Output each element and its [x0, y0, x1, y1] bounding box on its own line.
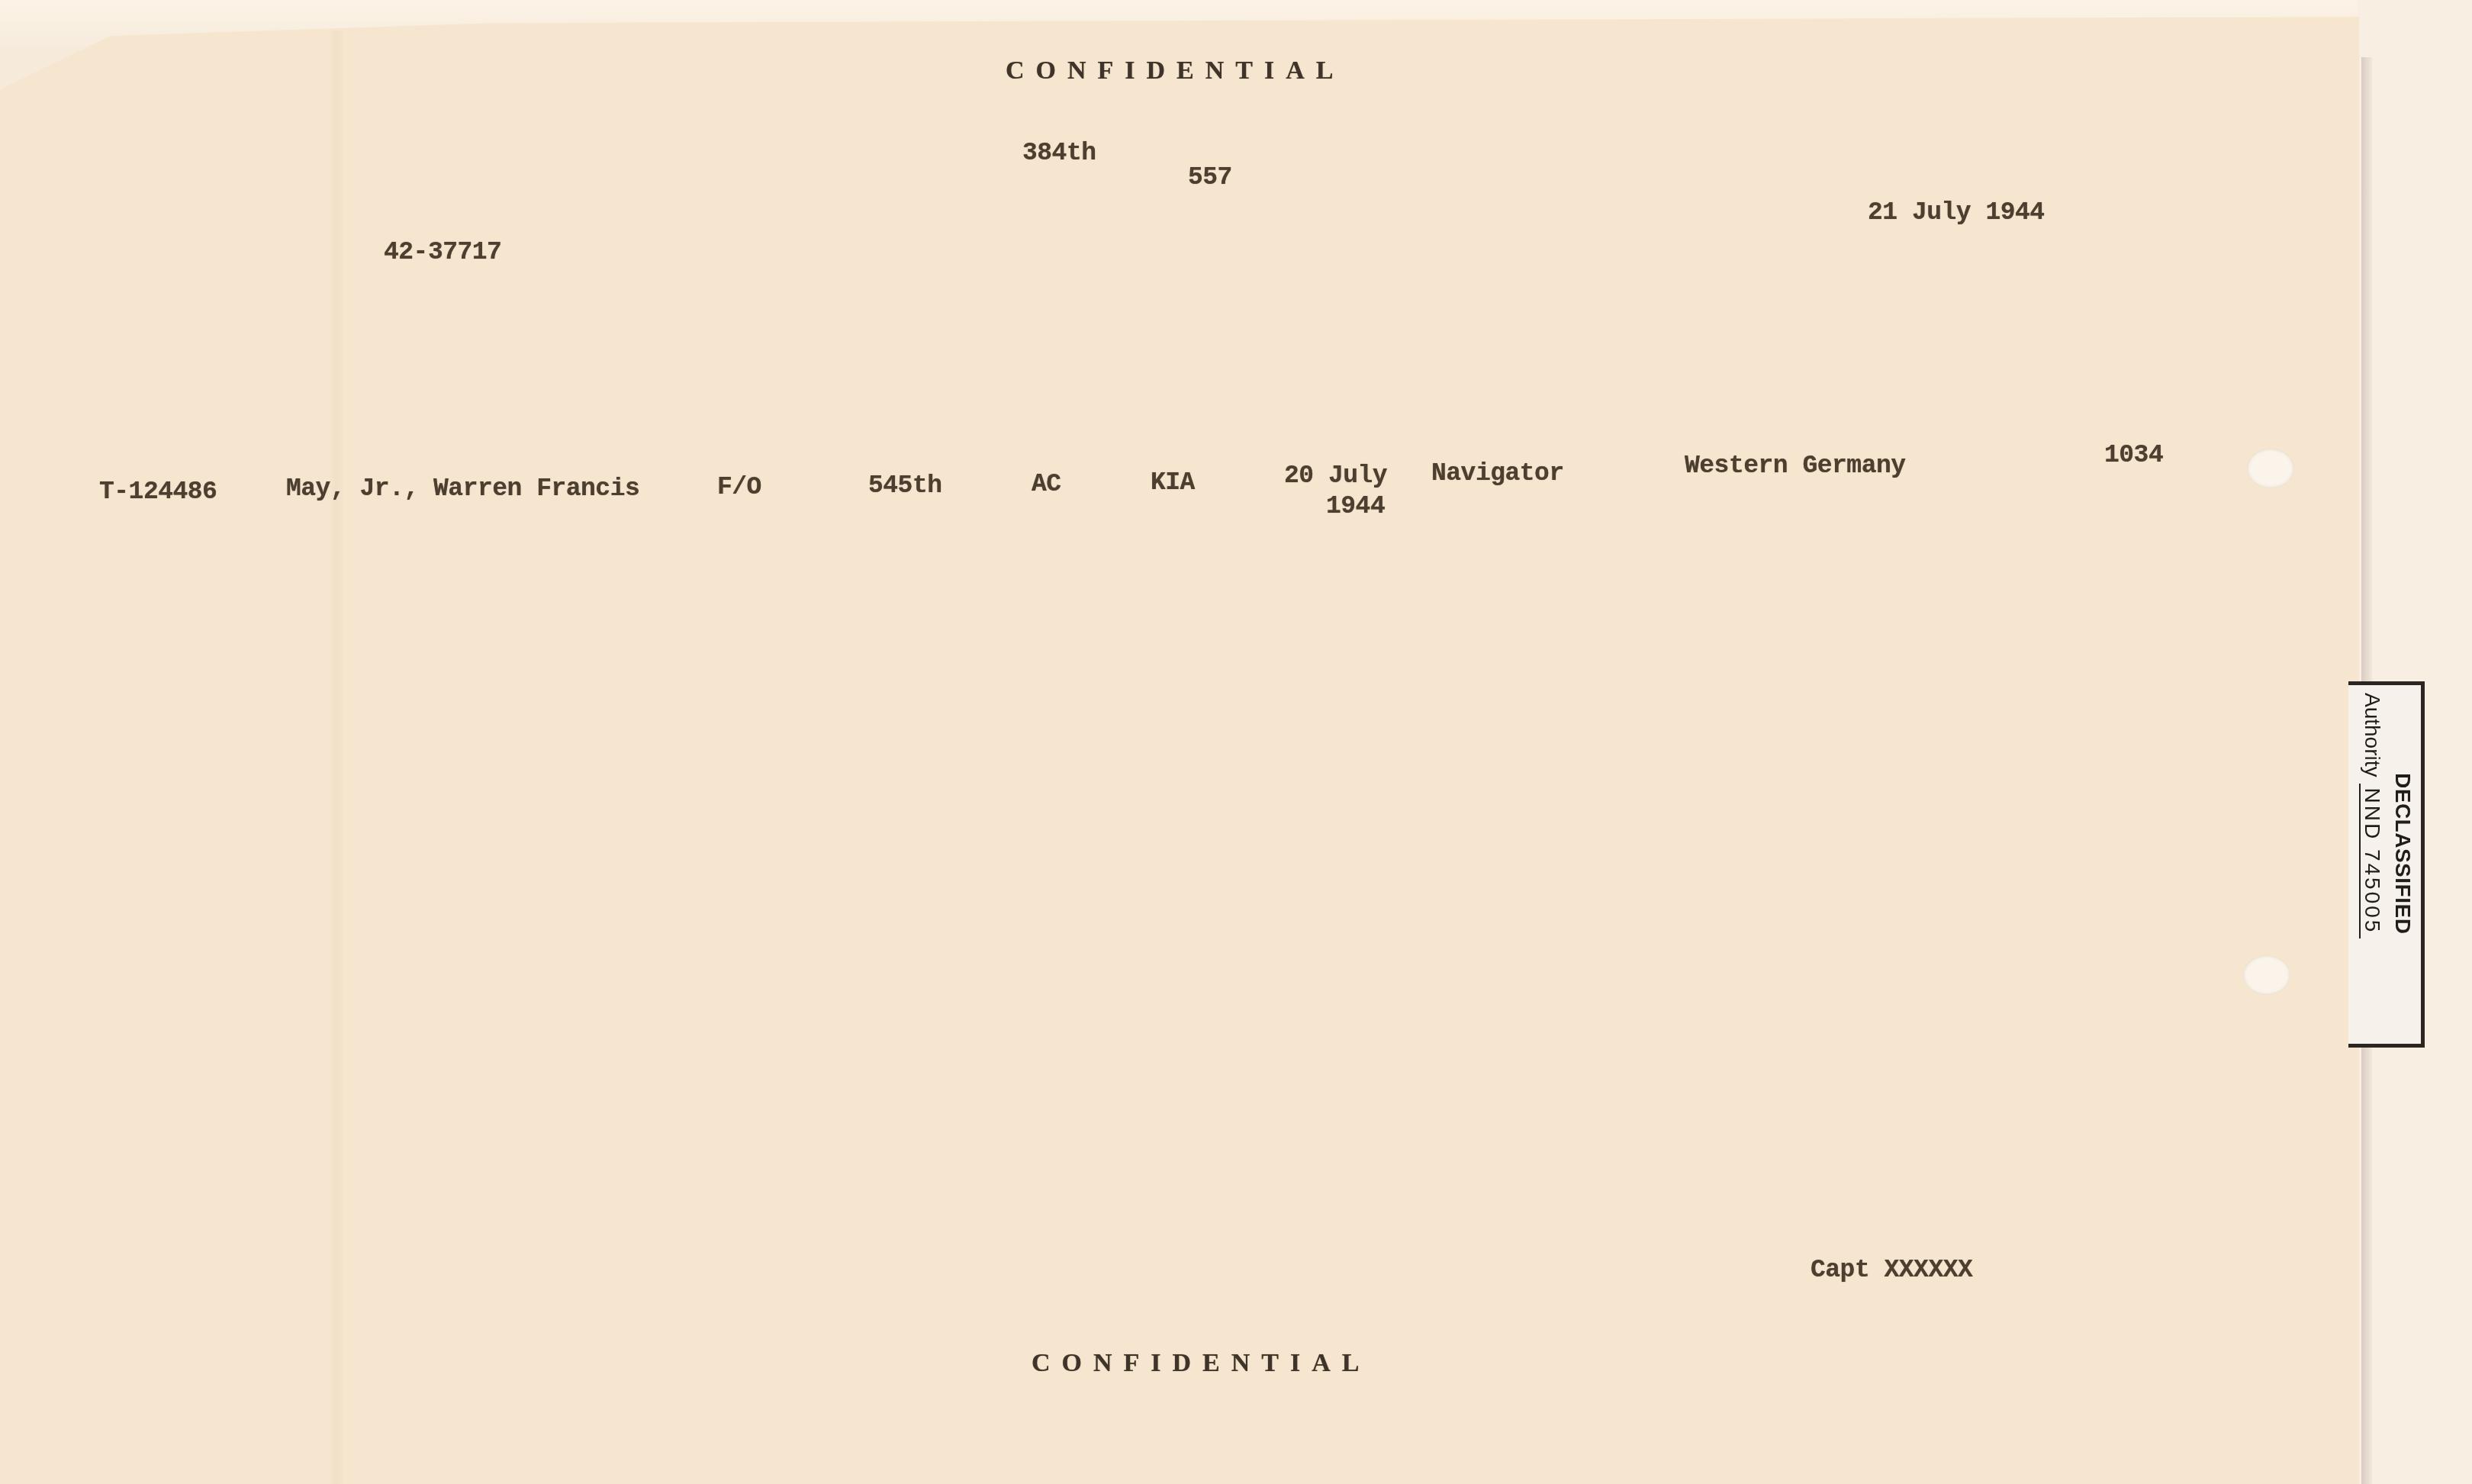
classification-footer: CONFIDENTIAL — [1032, 1349, 1370, 1378]
stamp-authority-label: Authority — [2361, 693, 2384, 777]
location: Western Germany — [1685, 452, 1906, 480]
report-date: 21 July 1944 — [1868, 198, 2045, 227]
squadron: 545th — [868, 472, 942, 500]
declassified-stamp: DECLASSIFIED AuthorityNND 745005 — [2348, 681, 2425, 1048]
report-number: 557 — [1188, 163, 1232, 192]
stamp-authority: AuthorityNND 745005 — [2360, 693, 2384, 938]
paper-crease — [328, 31, 345, 1484]
casualty-date-day-month: 20 July — [1284, 462, 1387, 490]
serial-number: T-124486 — [99, 478, 217, 506]
aircraft-serial: 42-37717 — [384, 238, 501, 266]
signature: Capt XXXXXX — [1811, 1256, 1972, 1284]
crew-name: May, Jr., Warren Francis — [286, 475, 639, 503]
group-number: 384th — [1022, 139, 1096, 167]
casualty-date-year: 1944 — [1326, 492, 1385, 520]
status: KIA — [1151, 468, 1195, 497]
branch: AC — [1032, 470, 1061, 498]
classification-header: CONFIDENTIAL — [1006, 56, 1344, 85]
document-page — [0, 17, 2359, 1484]
punch-hole-bottom — [2243, 955, 2290, 995]
duty: Navigator — [1431, 459, 1564, 488]
mission-number: 1034 — [2104, 441, 2163, 469]
stamp-title: DECLASSIFIED — [2390, 773, 2415, 934]
punch-hole-top — [2247, 449, 2294, 488]
stamp-authority-value: NND 745005 — [2359, 784, 2384, 939]
rank: F/O — [717, 473, 761, 501]
